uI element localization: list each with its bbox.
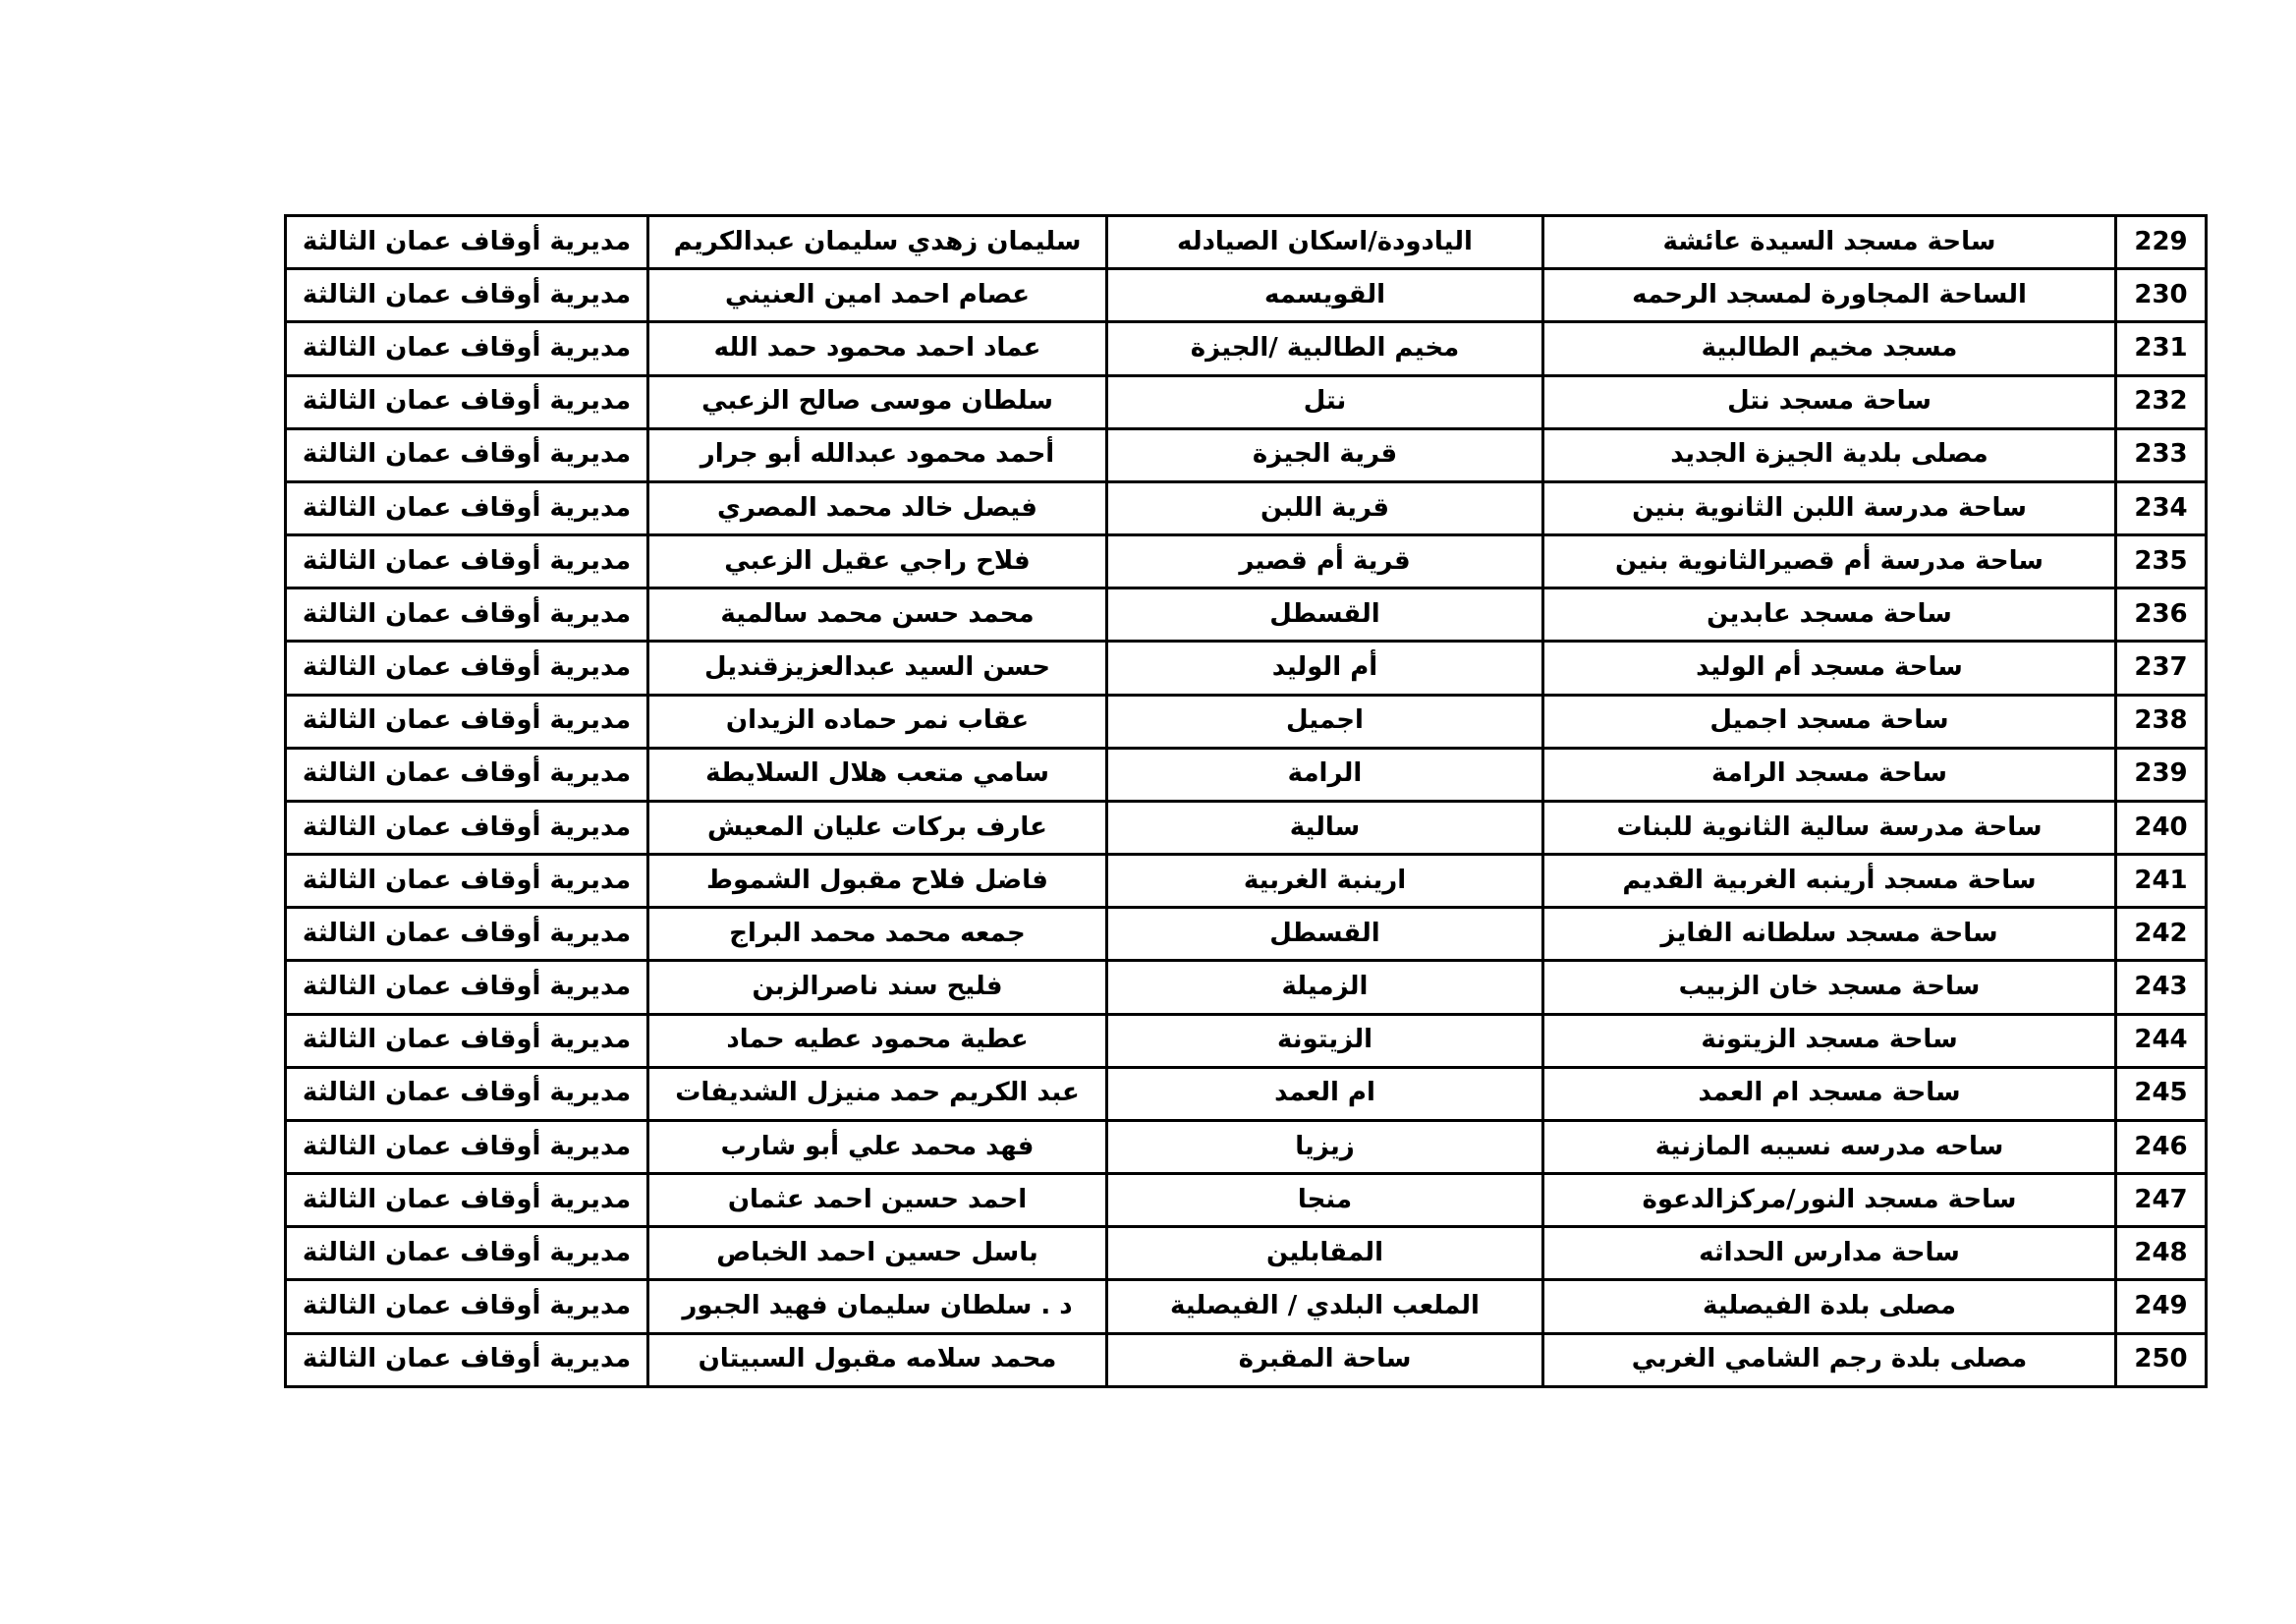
directorate-cell: مديرية أوقاف عمان الثالثة [286,1280,648,1333]
site-name-cell: مسجد مخيم الطالبية [1543,322,2116,375]
person-name-cell: باسل حسين احمد الخباص [648,1227,1107,1280]
area-name-cell: القسطل [1107,908,1543,961]
site-name-cell: مصلى بلدة الفيصلية [1543,1280,2116,1333]
serial-number-cell: 250 [2116,1333,2207,1386]
directorate-cell: مديرية أوقاف عمان الثالثة [286,1333,648,1386]
serial-number-cell: 237 [2116,642,2207,695]
table-row: 232 ساحة مسجد نتل نتل سلطان موسى صالح ال… [286,375,2207,428]
directorate-cell: مديرية أوقاف عمان الثالثة [286,535,648,588]
directorate-cell: مديرية أوقاف عمان الثالثة [286,375,648,428]
table-row: 241 ساحة مسجد أرينبه الغربية القديم ارين… [286,855,2207,908]
person-name-cell: أحمد محمود عبدالله أبو جرار [648,428,1107,481]
site-name-cell: مصلى بلدة رجم الشامي الغربي [1543,1333,2116,1386]
area-name-cell: القسطل [1107,588,1543,642]
area-name-cell: اليادودة/اسكان الصيادله [1107,216,1543,269]
area-name-cell: زيزيا [1107,1120,1543,1173]
site-name-cell: ساحة مسجد نتل [1543,375,2116,428]
directorate-cell: مديرية أوقاف عمان الثالثة [286,216,648,269]
site-name-cell: ساحة مسجد سلطانه الفايز [1543,908,2116,961]
person-name-cell: احمد حسين احمد عثمان [648,1174,1107,1227]
table-row: 233 مصلى بلدية الجيزة الجديد قرية الجيزة… [286,428,2207,481]
person-name-cell: فلاح راجي عقيل الزعبي [648,535,1107,588]
directorate-cell: مديرية أوقاف عمان الثالثة [286,428,648,481]
person-name-cell: محمد سلامه مقبول السبيتان [648,1333,1107,1386]
site-name-cell: ساحة مسجد عابدين [1543,588,2116,642]
table-row: 243 ساحة مسجد خان الزبيب الزميلة فليح سن… [286,961,2207,1014]
area-name-cell: الزيتونة [1107,1014,1543,1067]
area-name-cell: قرية أم قصير [1107,535,1543,588]
site-name-cell: مصلى بلدية الجيزة الجديد [1543,428,2116,481]
document-page: { "page": { "background_color": "#ffffff… [0,0,2296,1624]
table-row: 248 ساحة مدارس الحداثه المقابلين باسل حس… [286,1227,2207,1280]
site-name-cell: ساحة مسجد خان الزبيب [1543,961,2116,1014]
directorate-cell: مديرية أوقاف عمان الثالثة [286,1120,648,1173]
site-name-cell: ساحة مسجد ام العمد [1543,1067,2116,1120]
directorate-cell: مديرية أوقاف عمان الثالثة [286,801,648,854]
area-name-cell: الرامة [1107,748,1543,801]
site-name-cell: ساحة مسجد السيدة عائشة [1543,216,2116,269]
serial-number-cell: 233 [2116,428,2207,481]
table-body: 229 ساحة مسجد السيدة عائشة اليادودة/اسكا… [286,216,2207,1387]
directorate-cell: مديرية أوقاف عمان الثالثة [286,961,648,1014]
area-name-cell: مخيم الطالبية /الجيزة [1107,322,1543,375]
site-name-cell: ساحة مدرسة سالية الثانوية للبنات [1543,801,2116,854]
serial-number-cell: 247 [2116,1174,2207,1227]
serial-number-cell: 242 [2116,908,2207,961]
table-row: 230 الساحة المجاورة لمسجد الرحمه القويسم… [286,269,2207,322]
directorate-cell: مديرية أوقاف عمان الثالثة [286,908,648,961]
person-name-cell: عصام احمد امين العنيني [648,269,1107,322]
area-name-cell: الزميلة [1107,961,1543,1014]
person-name-cell: د . سلطان سليمان فهيد الجبور [648,1280,1107,1333]
area-name-cell: القويسمه [1107,269,1543,322]
area-name-cell: ارينبة الغربية [1107,855,1543,908]
serial-number-cell: 244 [2116,1014,2207,1067]
serial-number-cell: 231 [2116,322,2207,375]
site-name-cell: ساحة مدارس الحداثه [1543,1227,2116,1280]
directorate-cell: مديرية أوقاف عمان الثالثة [286,588,648,642]
area-name-cell: ام العمد [1107,1067,1543,1120]
table-row: 249 مصلى بلدة الفيصلية الملعب البلدي / ا… [286,1280,2207,1333]
table-row: 242 ساحة مسجد سلطانه الفايز القسطل جمعه … [286,908,2207,961]
site-name-cell: ساحة مدرسة أم قصيرالثانوية بنين [1543,535,2116,588]
directorate-cell: مديرية أوقاف عمان الثالثة [286,1014,648,1067]
site-name-cell: ساحة مسجد الرامة [1543,748,2116,801]
directorate-cell: مديرية أوقاف عمان الثالثة [286,1174,648,1227]
person-name-cell: سامي متعب هلال السلايطة [648,748,1107,801]
table-row: 247 ساحة مسجد النور/مركزالدعوة منجا احمد… [286,1174,2207,1227]
directorate-cell: مديرية أوقاف عمان الثالثة [286,855,648,908]
directorate-cell: مديرية أوقاف عمان الثالثة [286,642,648,695]
serial-number-cell: 238 [2116,695,2207,748]
person-name-cell: فاضل فلاح مقبول الشموط [648,855,1107,908]
directorate-cell: مديرية أوقاف عمان الثالثة [286,1067,648,1120]
directorate-cell: مديرية أوقاف عمان الثالثة [286,748,648,801]
person-name-cell: عماد احمد محمود حمد الله [648,322,1107,375]
serial-number-cell: 236 [2116,588,2207,642]
serial-number-cell: 229 [2116,216,2207,269]
directorate-cell: مديرية أوقاف عمان الثالثة [286,322,648,375]
person-name-cell: جمعه محمد محمد البراج [648,908,1107,961]
serial-number-cell: 232 [2116,375,2207,428]
serial-number-cell: 249 [2116,1280,2207,1333]
person-name-cell: عارف بركات عليان المعيش [648,801,1107,854]
table-row: 236 ساحة مسجد عابدين القسطل محمد حسن محم… [286,588,2207,642]
table-row: 231 مسجد مخيم الطالبية مخيم الطالبية /ال… [286,322,2207,375]
site-name-cell: ساحه مدرسه نسيبه المازنية [1543,1120,2116,1173]
table-row: 239 ساحة مسجد الرامة الرامة سامي متعب هل… [286,748,2207,801]
table-row: 250 مصلى بلدة رجم الشامي الغربي ساحة الم… [286,1333,2207,1386]
person-name-cell: فليح سند ناصرالزبن [648,961,1107,1014]
person-name-cell: عبد الكريم حمد منيزل الشديفات [648,1067,1107,1120]
site-name-cell: ساحة مسجد اجميل [1543,695,2116,748]
mosque-squares-table: 229 ساحة مسجد السيدة عائشة اليادودة/اسكا… [284,214,2208,1388]
serial-number-cell: 246 [2116,1120,2207,1173]
site-name-cell: ساحة مدرسة اللبن الثانوية بنين [1543,481,2116,534]
person-name-cell: فهد محمد علي أبو شارب [648,1120,1107,1173]
directorate-cell: مديرية أوقاف عمان الثالثة [286,1227,648,1280]
serial-number-cell: 245 [2116,1067,2207,1120]
area-name-cell: قرية الجيزة [1107,428,1543,481]
serial-number-cell: 248 [2116,1227,2207,1280]
site-name-cell: ساحة مسجد أم الوليد [1543,642,2116,695]
directorate-cell: مديرية أوقاف عمان الثالثة [286,269,648,322]
person-name-cell: فيصل خالد محمد المصري [648,481,1107,534]
table-row: 235 ساحة مدرسة أم قصيرالثانوية بنين قرية… [286,535,2207,588]
area-name-cell: الملعب البلدي / الفيصلية [1107,1280,1543,1333]
site-name-cell: ساحة مسجد الزيتونة [1543,1014,2116,1067]
serial-number-cell: 235 [2116,535,2207,588]
area-name-cell: اجميل [1107,695,1543,748]
table-row: 240 ساحة مدرسة سالية الثانوية للبنات سال… [286,801,2207,854]
person-name-cell: محمد حسن محمد سالمية [648,588,1107,642]
area-name-cell: قرية اللبن [1107,481,1543,534]
directorate-cell: مديرية أوقاف عمان الثالثة [286,481,648,534]
serial-number-cell: 243 [2116,961,2207,1014]
table-row: 246 ساحه مدرسه نسيبه المازنية زيزيا فهد … [286,1120,2207,1173]
person-name-cell: سلطان موسى صالح الزعبي [648,375,1107,428]
area-name-cell: نتل [1107,375,1543,428]
area-name-cell: أم الوليد [1107,642,1543,695]
table-row: 244 ساحة مسجد الزيتونة الزيتونة عطية محم… [286,1014,2207,1067]
serial-number-cell: 234 [2116,481,2207,534]
area-name-cell: سالية [1107,801,1543,854]
table-row: 245 ساحة مسجد ام العمد ام العمد عبد الكر… [286,1067,2207,1120]
area-name-cell: المقابلين [1107,1227,1543,1280]
table-row: 234 ساحة مدرسة اللبن الثانوية بنين قرية … [286,481,2207,534]
site-name-cell: ساحة مسجد أرينبه الغربية القديم [1543,855,2116,908]
table-row: 237 ساحة مسجد أم الوليد أم الوليد حسن ال… [286,642,2207,695]
area-name-cell: ساحة المقبرة [1107,1333,1543,1386]
area-name-cell: منجا [1107,1174,1543,1227]
site-name-cell: الساحة المجاورة لمسجد الرحمه [1543,269,2116,322]
site-name-cell: ساحة مسجد النور/مركزالدعوة [1543,1174,2116,1227]
directorate-cell: مديرية أوقاف عمان الثالثة [286,695,648,748]
person-name-cell: سليمان زهدي سليمان عبدالكريم [648,216,1107,269]
serial-number-cell: 239 [2116,748,2207,801]
serial-number-cell: 240 [2116,801,2207,854]
table-row: 238 ساحة مسجد اجميل اجميل عقاب نمر حماده… [286,695,2207,748]
person-name-cell: عقاب نمر حماده الزيدان [648,695,1107,748]
person-name-cell: عطية محمود عطيه حماد [648,1014,1107,1067]
person-name-cell: حسن السيد عبدالعزيزقنديل [648,642,1107,695]
serial-number-cell: 241 [2116,855,2207,908]
table-row: 229 ساحة مسجد السيدة عائشة اليادودة/اسكا… [286,216,2207,269]
serial-number-cell: 230 [2116,269,2207,322]
